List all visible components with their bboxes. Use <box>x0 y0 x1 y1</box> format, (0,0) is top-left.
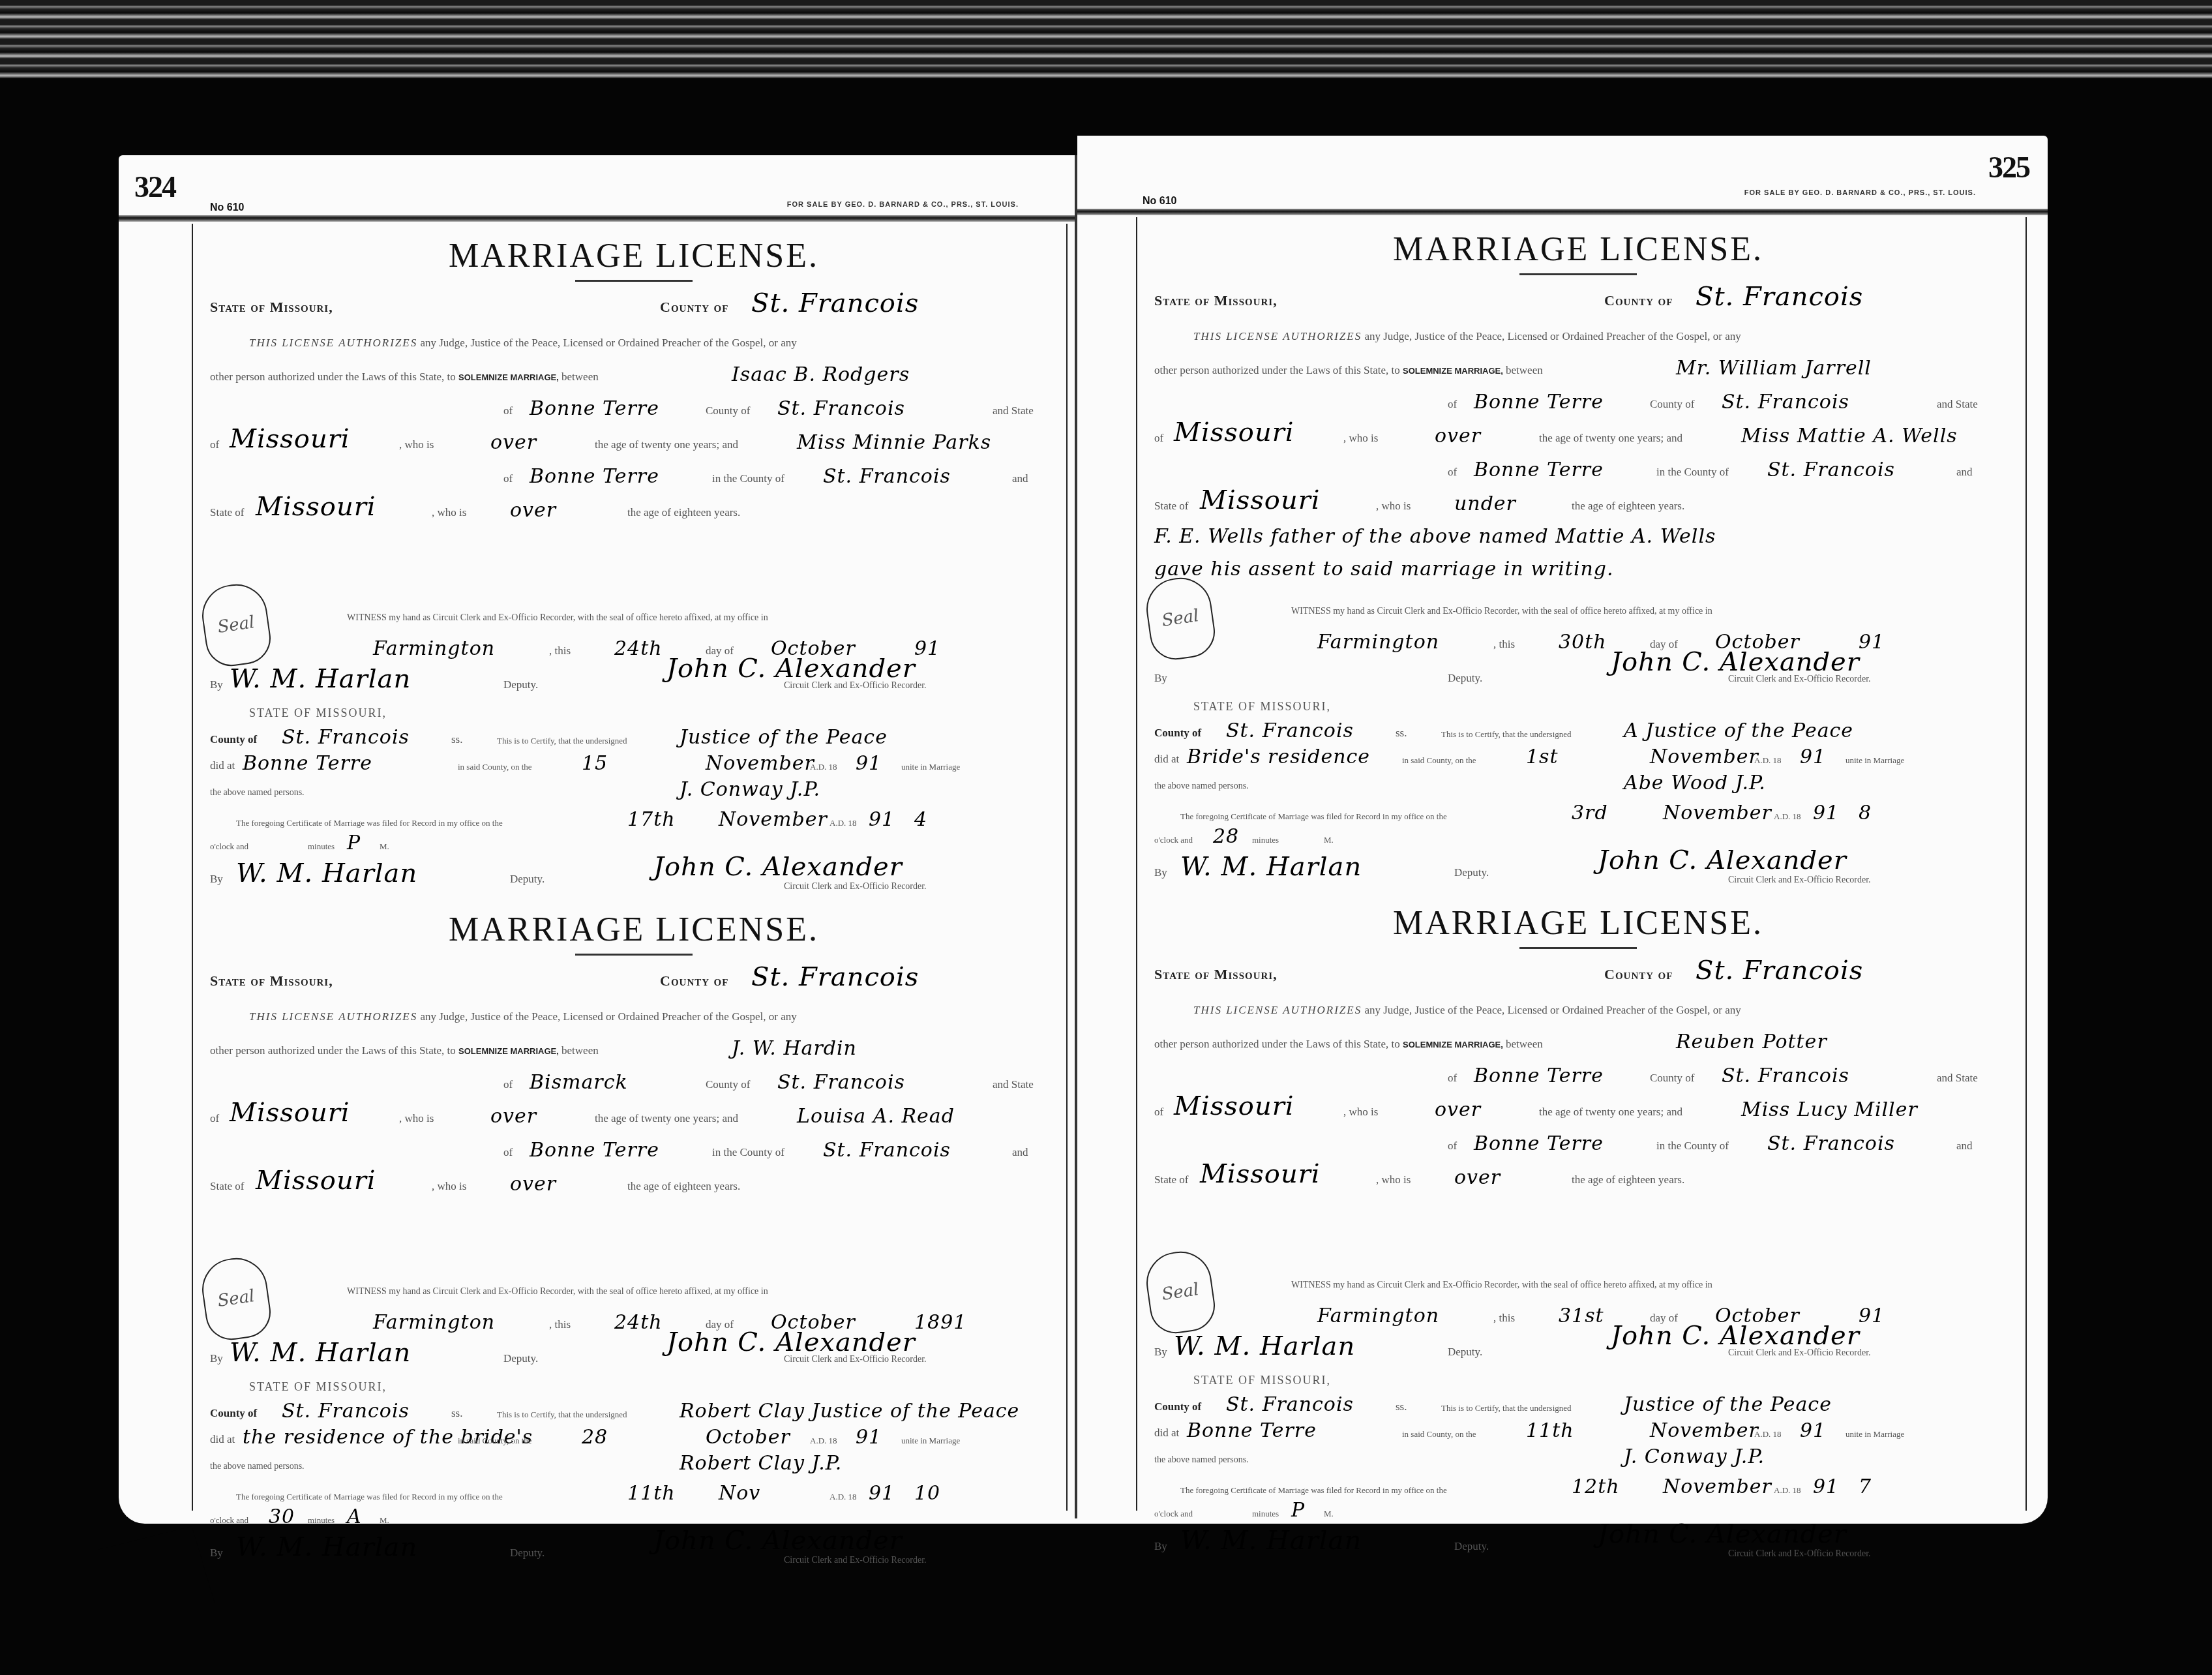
cert-county: St. Francois <box>282 1400 410 1423</box>
form-number: No 610 <box>1143 196 1176 207</box>
county-label: County of <box>1604 966 1673 983</box>
groom-age: over <box>490 1105 537 1128</box>
groom-county: St. Francois <box>777 1071 905 1094</box>
microfilm-edge <box>0 0 2212 78</box>
deputy-signature: W. M. Harlan <box>230 664 411 694</box>
bride-county: St. Francois <box>1767 1132 1895 1155</box>
issued-at: Farmington <box>373 1311 495 1334</box>
license-entry: MARRIAGE LICENSE. State of Missouri, Cou… <box>1154 904 2002 1560</box>
married-day: 11th <box>1526 1419 1574 1442</box>
county-value: St. Francois <box>1696 282 1863 312</box>
married-year: 91 <box>856 752 882 775</box>
consent-note-line1: F. E. Wells father of the above named Ma… <box>1154 525 1716 548</box>
county-value: St. Francois <box>1696 956 1863 986</box>
groom-residence: Bonne Terre <box>1474 1064 1604 1087</box>
header-rule <box>119 215 1077 222</box>
officiant-title: A Justice of the Peace <box>1624 719 1853 742</box>
officiant-signature: J. Conway J.P. <box>1624 1445 1765 1468</box>
county-value: St. Francois <box>751 962 919 992</box>
page-number: 325 <box>1988 150 2029 185</box>
clerk-signature: John C. Alexander <box>1611 647 1860 677</box>
printer-imprint: FOR SALE BY GEO. D. BARNARD & CO., PRS.,… <box>1744 189 1976 197</box>
bride-residence: Bonne Terre <box>530 1139 659 1162</box>
married-at: Bonne Terre <box>1187 1419 1317 1442</box>
issued-day: 24th <box>614 637 663 660</box>
consent-note-line2: gave his assent to said marriage in writ… <box>1154 558 1614 581</box>
cert-county: St. Francois <box>1226 719 1354 742</box>
torn-corner <box>98 1526 215 1605</box>
license-title: MARRIAGE LICENSE. <box>1154 230 2002 269</box>
printer-imprint: FOR SALE BY GEO. D. BARNARD & CO., PRS.,… <box>787 201 1019 209</box>
groom-county: St. Francois <box>777 397 905 420</box>
officiant-signature: Robert Clay J.P. <box>680 1452 842 1475</box>
recorded-day: 12th <box>1572 1475 1620 1498</box>
recorded-meridiem: A <box>347 1505 362 1528</box>
recorded-month: Nov <box>719 1482 760 1505</box>
married-month: November <box>1650 746 1759 768</box>
title-rule <box>1519 947 1637 949</box>
officiant-title: Robert Clay Justice of the Peace <box>680 1400 1019 1423</box>
bride-name: Miss Mattie A. Wells <box>1741 425 1958 447</box>
recorder-deputy-signature: W. M. Harlan <box>236 1532 417 1562</box>
bride-residence: Bonne Terre <box>1474 459 1604 481</box>
bride-residence: Bonne Terre <box>530 465 659 488</box>
bride-name: Louisa A. Read <box>797 1105 955 1128</box>
issued-at: Farmington <box>1317 631 1439 654</box>
married-day: 15 <box>582 752 608 775</box>
groom-age: over <box>1435 425 1481 447</box>
issued-at: Farmington <box>1317 1305 1439 1327</box>
county-label: County of <box>660 299 728 316</box>
license-entry: MARRIAGE LICENSE. State of Missouri, Cou… <box>210 911 1058 1566</box>
recorded-day: 3rd <box>1572 802 1608 824</box>
bride-county: St. Francois <box>1767 459 1895 481</box>
recorded-hour: 4 <box>914 808 927 831</box>
married-month: October <box>706 1426 790 1449</box>
recorder-signature: John C. Alexander <box>653 852 903 882</box>
deputy-signature: W. M. Harlan <box>230 1338 411 1368</box>
recorder-signature: John C. Alexander <box>1598 845 1847 875</box>
groom-residence: Bismarck <box>530 1071 628 1094</box>
clerk-signature: John C. Alexander <box>1611 1321 1860 1351</box>
recorded-day: 17th <box>627 808 676 831</box>
margin-line <box>1066 224 1068 1511</box>
groom-age: over <box>1435 1098 1481 1121</box>
bride-age: under <box>1454 492 1516 515</box>
page-number: 324 <box>134 170 175 204</box>
groom-name: J. W. Hardin <box>732 1037 857 1060</box>
cert-county: St. Francois <box>1226 1393 1354 1416</box>
deputy-signature: W. M. Harlan <box>1174 1331 1355 1361</box>
state-label: State of Missouri, <box>1154 292 1278 309</box>
bride-age: over <box>510 499 556 522</box>
groom-county: St. Francois <box>1722 1064 1849 1087</box>
married-year: 91 <box>856 1426 882 1449</box>
recorded-hour: 8 <box>1859 802 1872 824</box>
recorder-signature: John C. Alexander <box>653 1526 903 1556</box>
married-at: Bonne Terre <box>243 752 372 775</box>
license-title: MARRIAGE LICENSE. <box>210 911 1058 950</box>
married-day: 1st <box>1526 746 1559 768</box>
form-number: No 610 <box>210 202 244 214</box>
register-page-left: 324 No 610 FOR SALE BY GEO. D. BARNARD &… <box>119 155 1077 1524</box>
bride-state: Missouri <box>256 492 376 522</box>
officiant-signature: Abe Wood J.P. <box>1624 772 1766 794</box>
officiant-title: Justice of the Peace <box>680 726 888 749</box>
bride-county: St. Francois <box>823 1139 951 1162</box>
recorded-year: 91 <box>1813 802 1839 824</box>
married-year: 91 <box>1800 746 1826 768</box>
recorded-hour: 10 <box>914 1482 940 1505</box>
title-rule <box>575 954 693 956</box>
married-year: 91 <box>1800 1419 1826 1442</box>
register-page-right: 325 No 610 FOR SALE BY GEO. D. BARNARD &… <box>1077 136 2048 1524</box>
recorder-deputy-signature: W. M. Harlan <box>1180 852 1362 882</box>
license-title: MARRIAGE LICENSE. <box>1154 904 2002 943</box>
recorded-hour: 7 <box>1859 1475 1872 1498</box>
bride-age: over <box>1454 1166 1501 1189</box>
county-value: St. Francois <box>751 288 919 318</box>
margin-line <box>2025 217 2027 1511</box>
recorded-year: 91 <box>869 1482 895 1505</box>
issued-at: Farmington <box>373 637 495 660</box>
title-rule <box>575 280 693 282</box>
groom-state: Missouri <box>230 1098 350 1128</box>
title-rule <box>1519 273 1637 275</box>
issued-year: 1891 <box>914 1311 966 1334</box>
recorded-minutes: 30 <box>269 1505 295 1528</box>
county-label: County of <box>1604 292 1673 309</box>
issued-day: 31st <box>1559 1305 1604 1327</box>
header-rule <box>1077 209 2048 215</box>
license-entry: MARRIAGE LICENSE. State of Missouri, Cou… <box>210 237 1058 892</box>
groom-residence: Bonne Terre <box>1474 391 1604 414</box>
recorded-year: 91 <box>869 808 895 831</box>
issued-day: 30th <box>1559 631 1607 654</box>
recorded-year: 91 <box>1813 1475 1839 1498</box>
groom-name: Isaac B. Rodgers <box>732 363 910 386</box>
groom-state: Missouri <box>1174 1091 1294 1121</box>
state-label: State of Missouri, <box>210 973 333 989</box>
bride-county: St. Francois <box>823 465 951 488</box>
married-month: November <box>1650 1419 1759 1442</box>
license-entry: MARRIAGE LICENSE. State of Missouri, Cou… <box>1154 230 2002 886</box>
recorded-meridiem: P <box>347 832 361 854</box>
officiant-title: Justice of the Peace <box>1624 1393 1832 1416</box>
bride-state: Missouri <box>256 1166 376 1196</box>
state-label: State of Missouri, <box>1154 966 1278 983</box>
groom-state: Missouri <box>1174 417 1294 447</box>
married-day: 28 <box>582 1426 608 1449</box>
recorder-signature: John C. Alexander <box>1598 1519 1847 1549</box>
recorded-minutes: 28 <box>1213 825 1239 848</box>
recorder-deputy-signature: W. M. Harlan <box>1180 1526 1362 1556</box>
groom-name: Mr. William Jarrell <box>1676 357 1872 380</box>
issued-year: 91 <box>914 637 940 660</box>
groom-residence: Bonne Terre <box>530 397 659 420</box>
bride-residence: Bonne Terre <box>1474 1132 1604 1155</box>
recorded-month: November <box>719 808 828 831</box>
margin-line <box>192 224 193 1511</box>
bride-name: Miss Minnie Parks <box>797 431 991 454</box>
recorded-month: November <box>1663 802 1772 824</box>
groom-age: over <box>490 431 537 454</box>
recorder-deputy-signature: W. M. Harlan <box>236 858 417 888</box>
margin-line <box>1136 217 1137 1511</box>
recorded-month: November <box>1663 1475 1772 1498</box>
bride-name: Miss Lucy Miller <box>1741 1098 1918 1121</box>
recorded-day: 11th <box>627 1482 676 1505</box>
groom-county: St. Francois <box>1722 391 1849 414</box>
clerk-signature: John C. Alexander <box>666 654 916 684</box>
license-title: MARRIAGE LICENSE. <box>210 237 1058 276</box>
bride-state: Missouri <box>1200 485 1321 515</box>
clerk-signature: John C. Alexander <box>666 1327 916 1357</box>
bride-age: over <box>510 1173 556 1196</box>
married-month: November <box>706 752 815 775</box>
issued-day: 24th <box>614 1311 663 1334</box>
recorded-meridiem: P <box>1291 1499 1305 1522</box>
state-label: State of Missouri, <box>210 299 333 316</box>
groom-state: Missouri <box>230 424 350 454</box>
officiant-signature: J. Conway J.P. <box>680 778 820 801</box>
married-at: Bride's residence <box>1187 746 1370 768</box>
county-label: County of <box>660 973 728 989</box>
bride-state: Missouri <box>1200 1159 1321 1189</box>
issued-year: 91 <box>1859 631 1885 654</box>
cert-county: St. Francois <box>282 726 410 749</box>
groom-name: Reuben Potter <box>1676 1031 1827 1053</box>
issued-year: 91 <box>1859 1305 1885 1327</box>
